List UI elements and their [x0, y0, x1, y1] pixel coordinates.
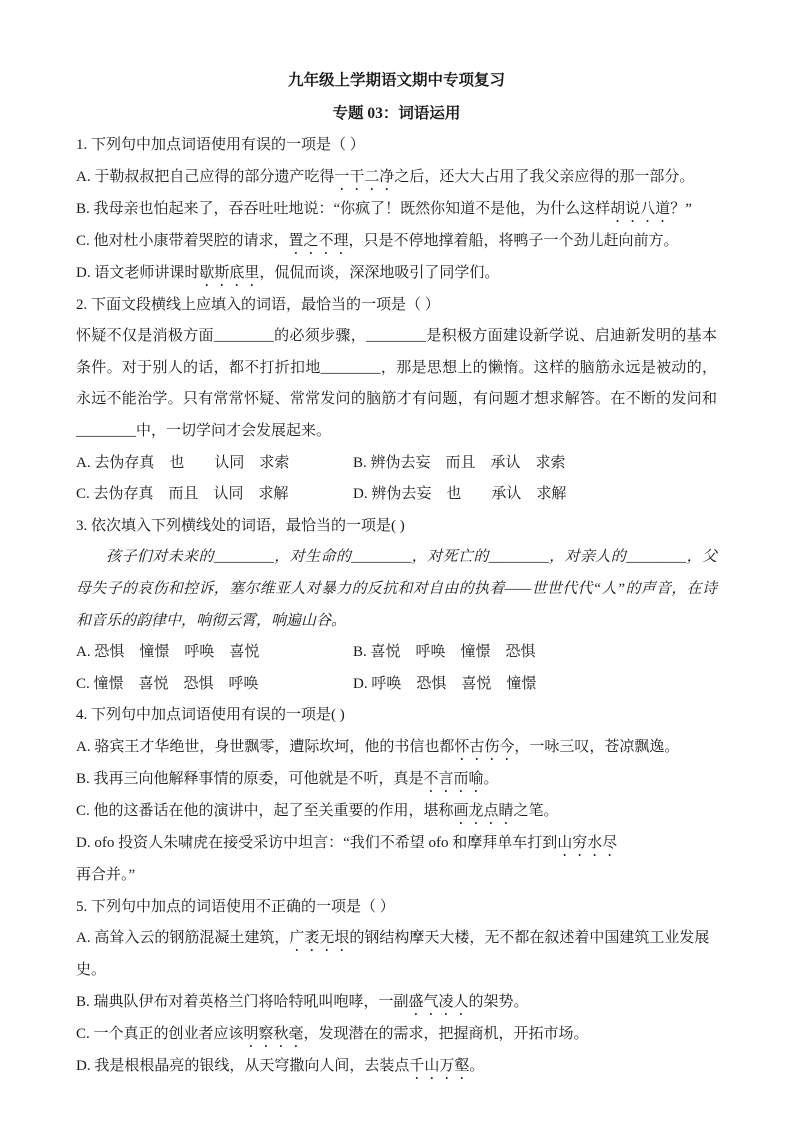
q5-option-d: D. 我是根根晶亮的银线，从天穹撒向人间，去装点千山万壑。 [76, 1051, 717, 1083]
q5-option-b: B. 瑞典队伊布对着英格兰门将哈特吼叫咆哮，一副盛气凌人的架势。 [76, 987, 717, 1019]
text-segment: A. 于勒叔叔把自己应得的部分遗产吃得 [76, 169, 334, 185]
text-segment: 再合并。” [76, 867, 135, 883]
text-segment: 3. 依次填入下列横线处的词语，最恰当的一项是( ) [76, 518, 405, 534]
emphasized-word: 置之不理 [289, 233, 349, 249]
text-segment: C. 他对杜小康带着哭腔的请求， [76, 233, 289, 249]
q3-passage: 孩子们对未来的________，对生命的________，对死亡的_______… [76, 542, 717, 637]
emphasized-word: 歇斯底里 [199, 265, 259, 281]
text-segment: D. 辨伪去妄 也 承认 求解 [353, 486, 566, 502]
q1-option-a: A. 于勒叔叔把自己应得的部分遗产吃得一干二净之后，还大大占用了我父亲应得的那一… [76, 162, 717, 194]
q2-options-ab: A. 去伪存真 也 认同 求索B. 辨伪去妄 而且 承认 求索 [76, 448, 717, 480]
text-segment: B. 辨伪去妄 而且 承认 求索 [353, 455, 566, 471]
text-segment: D. 我是根根晶亮的银线，从天穹撒向人间，去装点 [76, 1058, 409, 1074]
text-segment: A. 去伪存真 也 认同 求索 [76, 455, 289, 471]
q3-options-cd: C. 憧憬 喜悦 恐惧 呼唤D. 呼唤 恐惧 喜悦 憧憬 [76, 669, 717, 701]
emphasized-word: 明察秋毫 [244, 1026, 304, 1042]
q3-options-ab-col1: A. 恐惧 憧憬 呼唤 喜悦 [76, 637, 353, 669]
q1-option-b: B. 我母亲也怕起来了，吞吞吐吐地说：“你疯了！既然你知道不是他，为什么这样胡说… [76, 194, 717, 226]
emphasized-word: 山穷水尽 [557, 835, 617, 851]
text-segment: ？” [670, 201, 692, 217]
emphasized-word: 怀古伤今 [454, 739, 514, 755]
q3-stem: 3. 依次填入下列横线处的词语，最恰当的一项是( ) [76, 511, 717, 543]
text-segment: A. 恐惧 憧憬 呼唤 喜悦 [76, 644, 259, 660]
q2-options-ab-col1: A. 去伪存真 也 认同 求索 [76, 448, 353, 480]
emphasized-word: 千山万壑 [409, 1058, 469, 1074]
q4-option-d-line2: 再合并。” [76, 860, 717, 892]
q2-stem: 2. 下面文段横线上应填入的词语，最恰当的一项是（ ） [76, 290, 717, 322]
q1-option-d: D. 语文老师讲课时歇斯底里，侃侃而谈，深深地吸引了同学们。 [76, 258, 717, 290]
text-segment: D. ofo 投资人朱啸虎在接受采访中坦言：“我们不希望 ofo 和摩拜单车打到 [76, 835, 557, 851]
emphasized-word: 胡说八道 [610, 201, 670, 217]
document-subtitle: 专题 03：词语运用 [76, 97, 717, 130]
text-segment: 。 [469, 1058, 484, 1074]
text-segment: D. 呼唤 恐惧 喜悦 憧憬 [353, 676, 536, 692]
text-segment: C. 他的这番话在他的演讲中，起了至关重要的作用，堪称 [76, 803, 454, 819]
document-body: 1. 下列句中加点词语使用有误的一项是（ ）A. 于勒叔叔把自己应得的部分遗产吃… [76, 130, 717, 1083]
text-segment: 5. 下列句中加点的词语使用不正确的一项是（ ） [76, 899, 395, 915]
document-title: 九年级上学期语文期中专项复习 [76, 64, 717, 97]
q3-options-cd-col2: D. 呼唤 恐惧 喜悦 憧憬 [353, 669, 717, 701]
text-segment: D. 语文老师讲课时 [76, 265, 199, 281]
q4-option-a: A. 骆宾王才华绝世，身世飘零，遭际坎坷，他的书信也都怀古伤今，一咏三叹，苍凉飘… [76, 732, 717, 764]
emphasized-word: 盛气凌人 [409, 994, 469, 1010]
q2-options-cd-col1: C. 去伪存真 而且 认同 求解 [76, 479, 353, 511]
q5-option-a: A. 高耸入云的钢筋混凝土建筑，广袤无垠的钢结构摩天大楼，无不都在叙述着中国建筑… [76, 923, 717, 987]
q5-stem: 5. 下列句中加点的词语使用不正确的一项是（ ） [76, 892, 717, 924]
text-segment: 怀疑不仅是消极方面________的必须步骤，________是积极方面建设新学… [76, 328, 717, 439]
q3-options-ab: A. 恐惧 憧憬 呼唤 喜悦B. 喜悦 呼唤 憧憬 恐惧 [76, 637, 717, 669]
text-segment: C. 去伪存真 而且 认同 求解 [76, 486, 289, 502]
document-page: 九年级上学期语文期中专项复习 专题 03：词语运用 1. 下列句中加点词语使用有… [0, 0, 793, 1122]
text-segment: 的架势。 [469, 994, 529, 1010]
text-segment: 之笔。 [514, 803, 559, 819]
emphasized-word: 一干二净 [334, 169, 394, 185]
q2-options-ab-col2: B. 辨伪去妄 而且 承认 求索 [353, 448, 717, 480]
emphasized-word: 画龙点睛 [454, 803, 514, 819]
text-segment: 1. 下列句中加点词语使用有误的一项是（ ） [76, 137, 365, 153]
q1-option-c: C. 他对杜小康带着哭腔的请求，置之不理，只是不停地撑着船，将鸭子一个劲儿赶向前… [76, 226, 717, 258]
q5-option-c: C. 一个真正的创业者应该明察秋毫，发现潜在的需求，把握商机，开拓市场。 [76, 1019, 717, 1051]
q2-passage: 怀疑不仅是消极方面________的必须步骤，________是积极方面建设新学… [76, 321, 717, 447]
q4-option-c: C. 他的这番话在他的演讲中，起了至关重要的作用，堪称画龙点睛之笔。 [76, 796, 717, 828]
text-segment: ，发现潜在的需求，把握商机，开拓市场。 [304, 1026, 589, 1042]
q1-stem: 1. 下列句中加点词语使用有误的一项是（ ） [76, 130, 717, 162]
text-segment: A. 高耸入云的钢筋混凝土建筑， [76, 930, 289, 946]
text-segment: C. 憧憬 喜悦 恐惧 呼唤 [76, 676, 259, 692]
text-segment: B. 我母亲也怕起来了，吞吞吐吐地说：“你疯了！既然你知道不是他，为什么这样 [76, 201, 610, 217]
text-segment: 4. 下列句中加点词语使用有误的一项是( ) [76, 707, 345, 723]
text-segment: B. 我再三向他解释事情的原委，可他就是不听，真是 [76, 771, 424, 787]
text-segment: ，一咏三叹，苍凉飘逸。 [514, 739, 679, 755]
text-segment: 。 [484, 771, 499, 787]
q4-stem: 4. 下列句中加点词语使用有误的一项是( ) [76, 700, 717, 732]
text-segment: 之后，还大大占用了我父亲应得的那一部分。 [394, 169, 694, 185]
q2-options-cd-col2: D. 辨伪去妄 也 承认 求解 [353, 479, 717, 511]
q4-option-d-line1: D. ofo 投资人朱啸虎在接受采访中坦言：“我们不希望 ofo 和摩拜单车打到… [76, 828, 717, 860]
text-segment: A. 骆宾王才华绝世，身世飘零，遭际坎坷，他的书信也都 [76, 739, 454, 755]
q3-options-ab-col2: B. 喜悦 呼唤 憧憬 恐惧 [353, 637, 717, 669]
text-segment: B. 瑞典队伊布对着英格兰门将哈特吼叫咆哮，一副 [76, 994, 409, 1010]
text-segment: ，只是不停地撑着船，将鸭子一个劲儿赶向前方。 [349, 233, 679, 249]
text-segment: ，侃侃而谈，深深地吸引了同学们。 [259, 265, 499, 281]
q4-option-b: B. 我再三向他解释事情的原委，可他就是不听，真是不言而喻。 [76, 764, 717, 796]
q3-options-cd-col1: C. 憧憬 喜悦 恐惧 呼唤 [76, 669, 353, 701]
text-segment: C. 一个真正的创业者应该 [76, 1026, 244, 1042]
q2-options-cd: C. 去伪存真 而且 认同 求解D. 辨伪去妄 也 承认 求解 [76, 479, 717, 511]
text-segment: B. 喜悦 呼唤 憧憬 恐惧 [353, 644, 536, 660]
emphasized-word: 广袤无垠 [289, 930, 349, 946]
text-segment: 2. 下面文段横线上应填入的词语，最恰当的一项是（ ） [76, 297, 440, 313]
text-segment: 孩子们对未来的________，对生命的________，对死亡的_______… [76, 549, 717, 628]
emphasized-word: 不言而喻 [424, 771, 484, 787]
